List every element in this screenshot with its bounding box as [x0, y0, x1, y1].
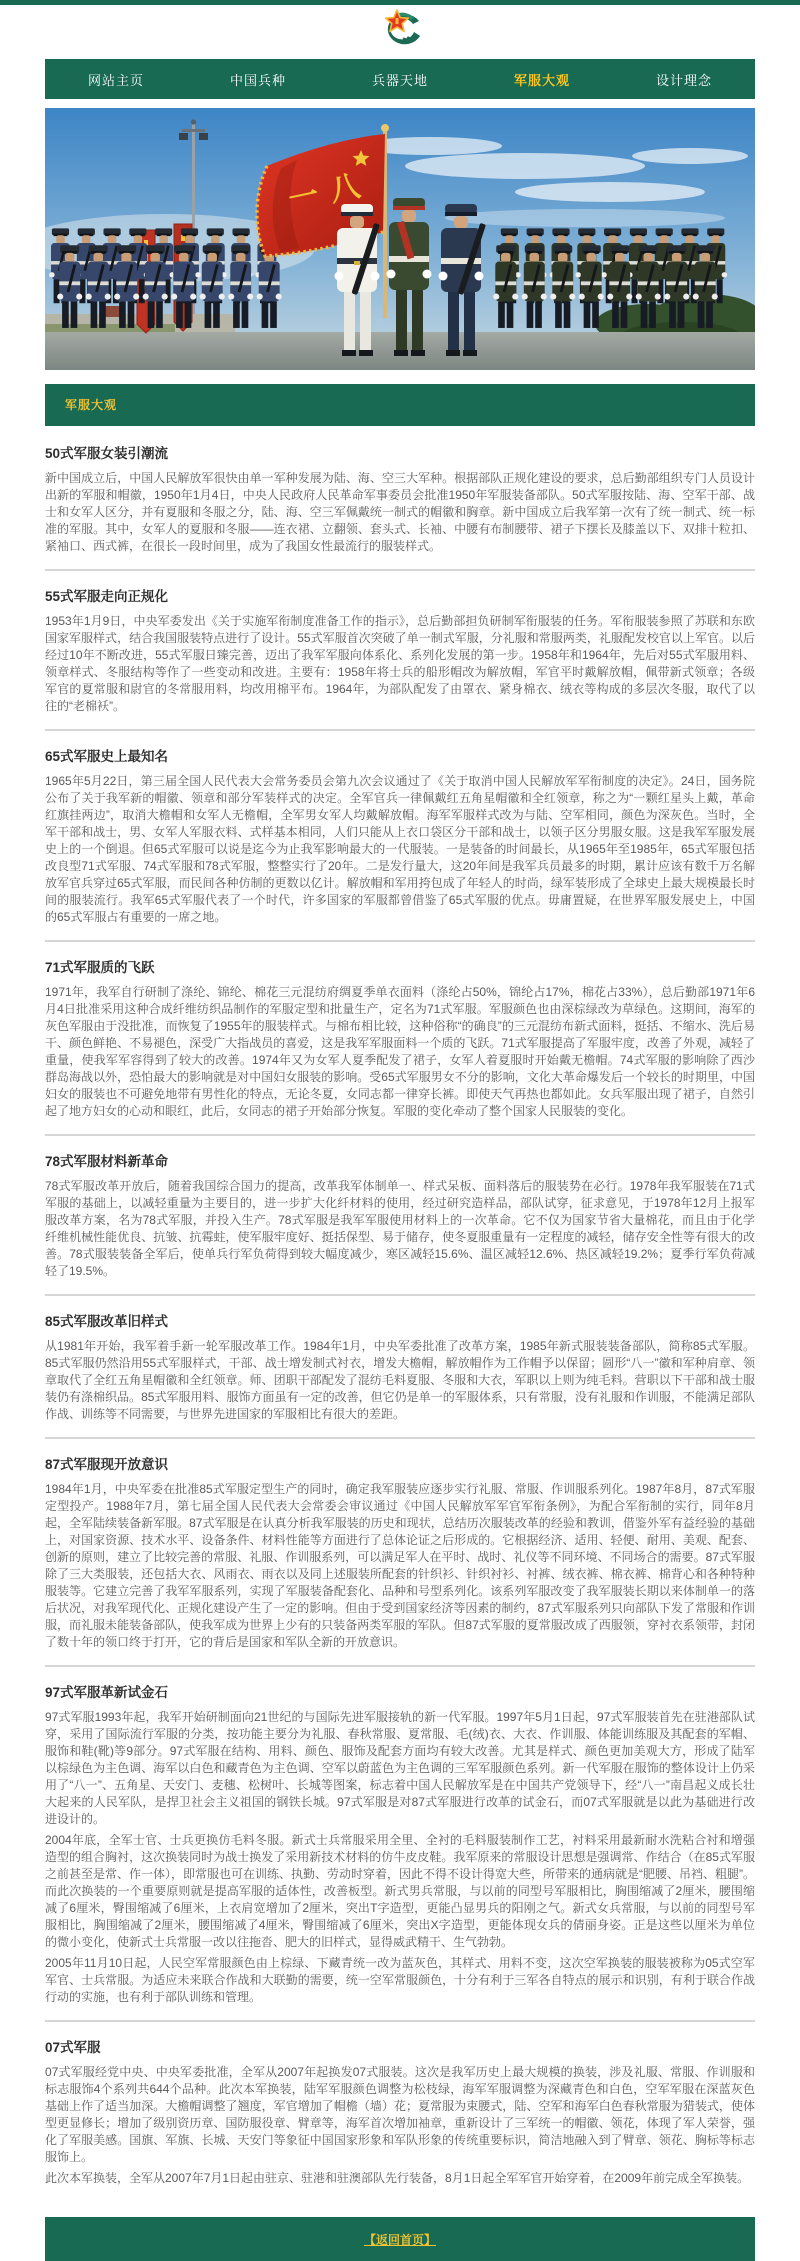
- uniform-section: 65式军服史上最知名1965年5月22日，第三届全国人民代表大会常务委员会第九次…: [45, 745, 755, 942]
- page-title-bar: 军服大观: [45, 384, 755, 426]
- section-paragraph: 97式军服1993年起，我军开始研制面向21世纪的与国际先进军服接轨的新一代军服…: [45, 1709, 755, 1828]
- section-paragraph: 1953年1月9日，中央军委发出《关于实施军衔制度准备工作的指示》，总后勤部担负…: [45, 613, 755, 715]
- section-title: 87式军服现开放意识: [45, 1453, 755, 1473]
- uniform-section: 55式军服走向正规化1953年1月9日，中央军委发出《关于实施军衔制度准备工作的…: [45, 585, 755, 731]
- main-nav: 网站主页中国兵种兵器天地军服大观设计理念: [45, 59, 755, 99]
- section-paragraph: 78式军服改革开放后，随着我国综合国力的提高，改革我军体制单一、样式呆板、面料落…: [45, 1178, 755, 1280]
- section-title: 50式军服女装引潮流: [45, 442, 755, 462]
- section-paragraph: 1965年5月22日，第三届全国人民代表大会常务委员会第九次会议通过了《关于取消…: [45, 773, 755, 926]
- section-title: 71式军服质的飞跃: [45, 956, 755, 976]
- nav-item-3[interactable]: 军服大观: [471, 59, 613, 99]
- section-paragraph: 从1981年开始，我军着手新一轮军服改革工作。1984年1月，中央军委批准了改革…: [45, 1338, 755, 1423]
- section-paragraph: 此次本军换装，全军从2007年7月1日起由驻京、驻港和驻澳部队先行装备，8月1日…: [45, 2170, 755, 2187]
- section-title: 78式军服材料新革命: [45, 1150, 755, 1170]
- nav-item-4[interactable]: 设计理念: [613, 59, 755, 99]
- uniform-section: 50式军服女装引潮流新中国成立后，中国人民解放军很快由单一军种发展为陆、海、空三…: [45, 442, 755, 571]
- uniform-section: 78式军服材料新革命78式军服改革开放后，随着我国综合国力的提高，改革我军体制单…: [45, 1150, 755, 1296]
- page-footer: 【返回首页】: [45, 2217, 755, 2261]
- back-home-link[interactable]: 【返回首页】: [364, 2231, 436, 2248]
- section-title: 97式军服革新试金石: [45, 1681, 755, 1701]
- uniform-history-sections: 50式军服女装引潮流新中国成立后，中国人民解放军很快由单一军种发展为陆、海、空三…: [45, 426, 755, 2201]
- uniform-section: 85式军服改革旧样式从1981年开始，我军着手新一轮军服改革工作。1984年1月…: [45, 1310, 755, 1439]
- section-paragraph: 07式军服经党中央、中央军委批准，全军从2007年起换发07式服装。这次是我军历…: [45, 2064, 755, 2166]
- section-title: 55式军服走向正规化: [45, 585, 755, 605]
- section-paragraph: 1984年1月，中央军委在批准85式军服定型生产的同时，确定我军服装应逐步实行礼…: [45, 1481, 755, 1651]
- nav-item-2[interactable]: 兵器天地: [329, 59, 471, 99]
- site-header: [0, 5, 800, 59]
- site-logo-icon: [374, 8, 426, 57]
- section-paragraph: 2005年11月10日起，人民空军常服颜色由上棕绿、下藏青统一改为蓝灰色，其样式…: [45, 1955, 755, 2006]
- section-paragraph: 2004年底，全军士官、士兵更换仿毛料冬服。新式士兵常服采用全里、全衬的毛料服装…: [45, 1832, 755, 1951]
- uniform-section: 07式军服07式军服经党中央、中央军委批准，全军从2007年起换发07式服装。这…: [45, 2036, 755, 2201]
- uniform-section: 97式军服革新试金石97式军服1993年起，我军开始研制面向21世纪的与国际先进…: [45, 1681, 755, 2022]
- section-title: 65式军服史上最知名: [45, 745, 755, 765]
- section-title: 07式军服: [45, 2036, 755, 2056]
- nav-item-0[interactable]: 网站主页: [45, 59, 187, 99]
- section-paragraph: 新中国成立后，中国人民解放军很快由单一军种发展为陆、海、空三大军种。根据部队正规…: [45, 470, 755, 555]
- parade-photo: 一八: [45, 108, 755, 370]
- section-title: 85式军服改革旧样式: [45, 1310, 755, 1330]
- uniform-section: 87式军服现开放意识1984年1月，中央军委在批准85式军服定型生产的同时，确定…: [45, 1453, 755, 1667]
- nav-item-1[interactable]: 中国兵种: [187, 59, 329, 99]
- uniform-section: 71式军服质的飞跃1971年，我军自行研制了涤纶、锦纶、棉花三元混纺府绸夏季单衣…: [45, 956, 755, 1136]
- page-title: 军服大观: [65, 398, 117, 412]
- section-paragraph: 1971年，我军自行研制了涤纶、锦纶、棉花三元混纺府绸夏季单衣面料（涤纶占50%…: [45, 984, 755, 1120]
